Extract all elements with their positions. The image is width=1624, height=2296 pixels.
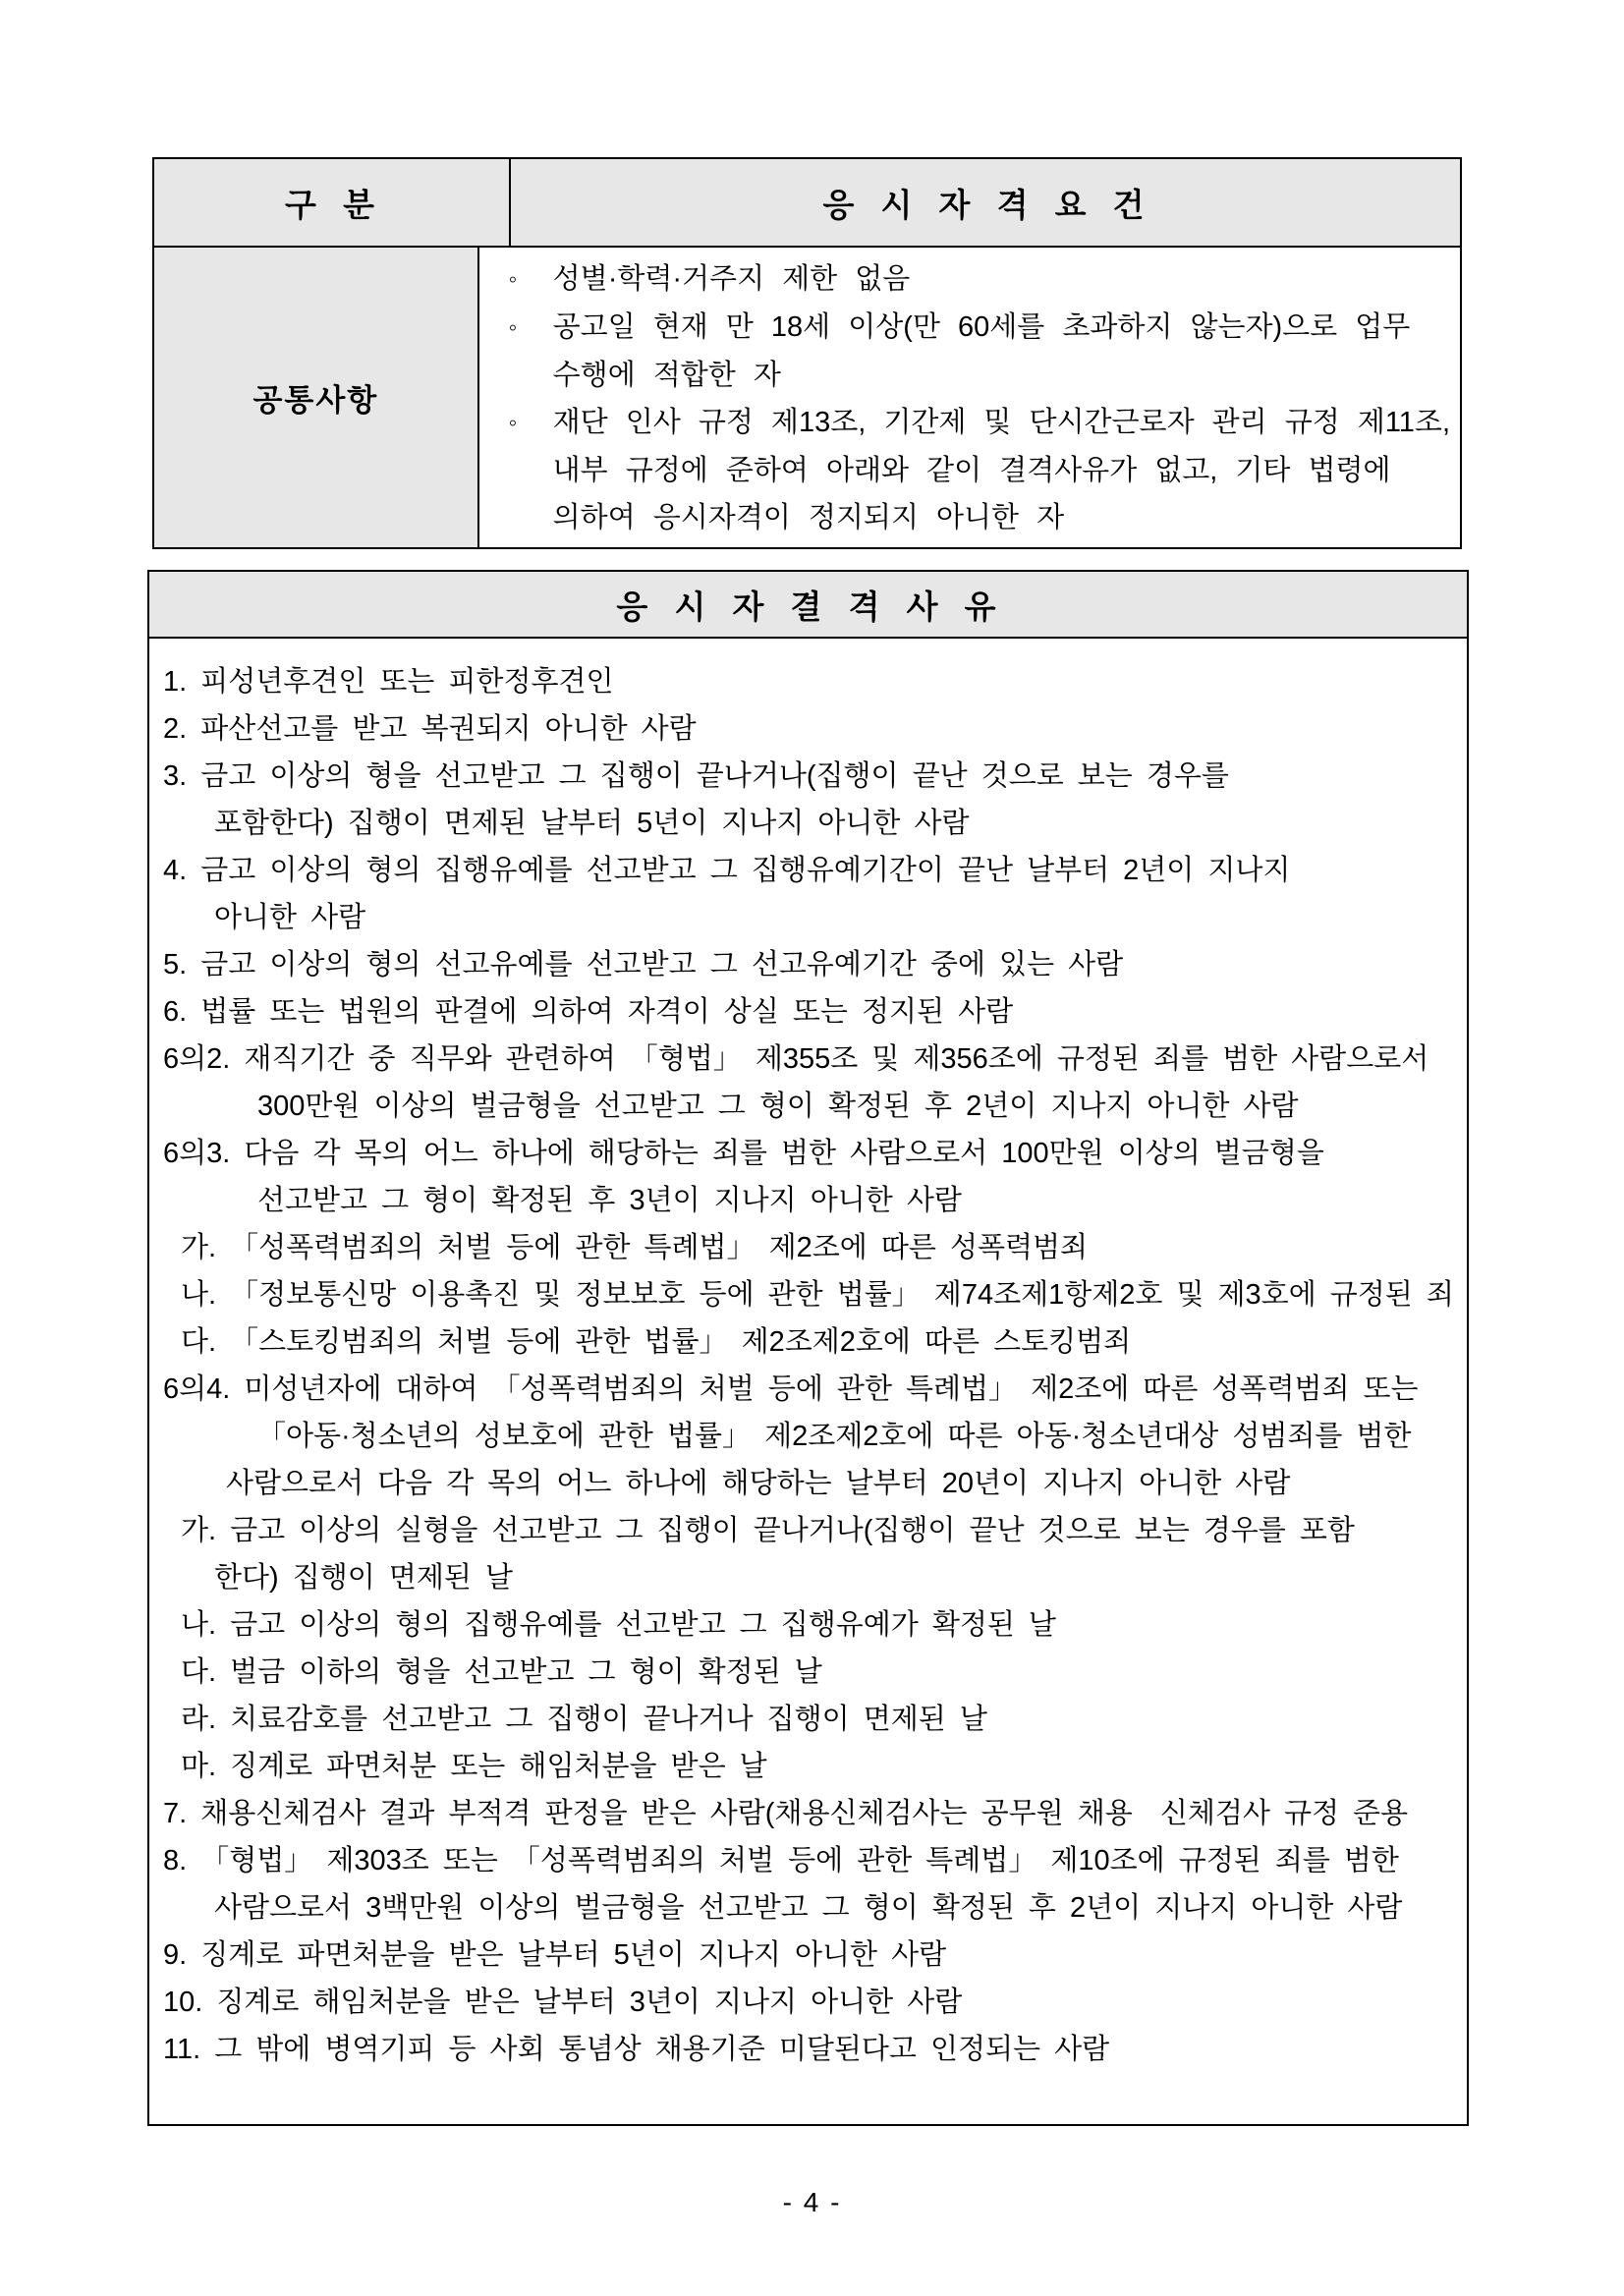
list-line: 4. 금고 이상의 형의 집행유예를 선고받고 그 집행유예기간이 끝난 날부터… (149, 847, 1463, 894)
list-line: 300만원 이상의 벌금형을 선고받고 그 형이 확정된 후 2년이 지나지 아… (149, 1083, 1463, 1130)
list-line: 사람으로서 3백만원 이상의 벌금형을 선고받고 그 형이 확정된 후 2년이 … (149, 1884, 1463, 1932)
row-label-common: 공통사항 (154, 248, 479, 547)
list-line: 3. 금고 이상의 형을 선고받고 그 집행이 끝나거나(집행이 끝난 것으로 … (149, 753, 1463, 800)
list-line: 6. 법률 또는 법원의 판결에 의하여 자격이 상실 또는 정지된 사람 (149, 988, 1463, 1036)
requirement-line: 의하여 응시자격이 정지되지 아니한 자 (509, 494, 1450, 541)
list-line: 2. 파산선고를 받고 복권되지 아니한 사람 (149, 705, 1463, 753)
list-line: 마. 징계로 파면처분 또는 해임처분을 받은 날 (149, 1743, 1463, 1790)
bullet-marker: ◦ (509, 256, 553, 304)
list-line: 9. 징계로 파면처분을 받은 날부터 5년이 지나지 아니한 사람 (149, 1932, 1463, 1979)
qualification-table-header-row: 구 분 응 시 자 격 요 건 (154, 159, 1460, 248)
requirement-line: ◦재단 인사 규정 제13조, 기간제 및 단시간근로자 관리 규정 제11조, (509, 399, 1450, 447)
bullet-marker: ◦ (509, 305, 553, 352)
requirement-line: 수행에 적합한 자 (509, 352, 1450, 399)
requirements-cell: ◦성별·학력·거주지 제한 없음 ◦공고일 현재 만 18세 이상(만 60세를… (479, 248, 1460, 547)
requirement-line: ◦성별·학력·거주지 제한 없음 (509, 255, 1450, 304)
disqualification-section-title: 응 시 자 결 격 사 유 (149, 572, 1467, 639)
list-line: 아니한 사람 (149, 894, 1463, 941)
list-line: 한다) 집행이 면제된 날 (149, 1554, 1463, 1601)
list-line: 라. 치료감호를 선고받고 그 집행이 끝나거나 집행이 면제된 날 (149, 1696, 1463, 1743)
list-line: 10. 징계로 해임처분을 받은 날부터 3년이 지나지 아니한 사람 (149, 1979, 1463, 2026)
requirement-line: ◦공고일 현재 만 18세 이상(만 60세를 초과하지 않는자)으로 업무 (509, 304, 1450, 352)
requirement-text: 내부 규정에 준하여 아래와 같이 결격사유가 없고, 기타 법령에 (553, 455, 1391, 486)
qualification-table-body-row: 공통사항 ◦성별·학력·거주지 제한 없음 ◦공고일 현재 만 18세 이상(만… (154, 248, 1460, 547)
list-line: 6의4. 미성년자에 대하여 「성폭력범죄의 처벌 등에 관한 특례법」 제2조… (149, 1366, 1463, 1413)
list-line: 가. 금고 이상의 실형을 선고받고 그 집행이 끝나거나(집행이 끝난 것으로… (149, 1507, 1463, 1554)
requirement-text: 의하여 응시자격이 정지되지 아니한 자 (553, 502, 1064, 533)
bullet-marker: ◦ (509, 400, 553, 447)
list-line: 가. 「성폭력범죄의 처벌 등에 관한 특례법」 제2조에 따른 성폭력범죄 (149, 1224, 1463, 1271)
requirement-line: 내부 규정에 준하여 아래와 같이 결격사유가 없고, 기타 법령에 (509, 447, 1450, 494)
list-line: 1. 피성년후견인 또는 피한정후견인 (149, 658, 1463, 705)
page-number: - 4 - (0, 2187, 1624, 2218)
list-line: 사람으로서 다음 각 목의 어느 하나에 해당하는 날부터 20년이 지나지 아… (149, 1460, 1463, 1507)
requirement-text: 공고일 현재 만 18세 이상(만 60세를 초과하지 않는자)으로 업무 (553, 311, 1411, 343)
list-line: 7. 채용신체검사 결과 부적격 판정을 받은 사람(채용신체검사는 공무원 채… (149, 1790, 1463, 1837)
list-line: 나. 금고 이상의 형의 집행유예를 선고받고 그 집행유예가 확정된 날 (149, 1601, 1463, 1649)
qualification-table: 구 분 응 시 자 격 요 건 공통사항 ◦성별·학력·거주지 제한 없음 ◦공… (152, 157, 1462, 549)
list-line: 11. 그 밖에 병역기피 등 사회 통념상 채용기준 미달된다고 인정되는 사… (149, 2026, 1463, 2073)
requirement-text: 수행에 적합한 자 (553, 360, 781, 391)
list-line: 6의3. 다음 각 목의 어느 하나에 해당하는 죄를 범한 사람으로서 100… (149, 1130, 1463, 1177)
document-page: 구 분 응 시 자 격 요 건 공통사항 ◦성별·학력·거주지 제한 없음 ◦공… (0, 0, 1624, 2296)
list-line: 다. 벌금 이하의 형을 선고받고 그 형이 확정된 날 (149, 1649, 1463, 1696)
list-line: 선고받고 그 형이 확정된 후 3년이 지나지 아니한 사람 (149, 1177, 1463, 1224)
list-line: 8. 「형법」 제303조 또는 「성폭력범죄의 처벌 등에 관한 특례법」 제… (149, 1837, 1463, 1884)
list-line: 나. 「정보통신망 이용촉진 및 정보보호 등에 관한 법률」 제74조제1항제… (149, 1271, 1463, 1318)
column-header-category: 구 분 (154, 159, 511, 246)
list-line: 포함한다) 집행이 면제된 날부터 5년이 지나지 아니한 사람 (149, 800, 1463, 847)
list-line: 6의2. 재직기간 중 직무와 관련하여 「형법」 제355조 및 제356조에… (149, 1036, 1463, 1083)
requirement-text: 재단 인사 규정 제13조, 기간제 및 단시간근로자 관리 규정 제11조, (553, 407, 1450, 438)
list-line: 다. 「스토킹범죄의 처벌 등에 관한 법률」 제2조제2호에 따른 스토킹범죄 (149, 1318, 1463, 1366)
disqualification-list: 1. 피성년후견인 또는 피한정후견인 2. 파산선고를 받고 복권되지 아니한… (149, 639, 1467, 2124)
list-line: 「아동·청소년의 성보호에 관한 법률」 제2조제2호에 따른 아동·청소년대상… (149, 1413, 1463, 1460)
column-header-requirements: 응 시 자 격 요 건 (511, 159, 1460, 246)
disqualification-box: 응 시 자 결 격 사 유 1. 피성년후견인 또는 피한정후견인 2. 파산선… (147, 570, 1469, 2126)
requirement-text: 성별·학력·거주지 제한 없음 (553, 263, 911, 295)
list-line: 5. 금고 이상의 형의 선고유예를 선고받고 그 선고유예기간 중에 있는 사… (149, 941, 1463, 988)
